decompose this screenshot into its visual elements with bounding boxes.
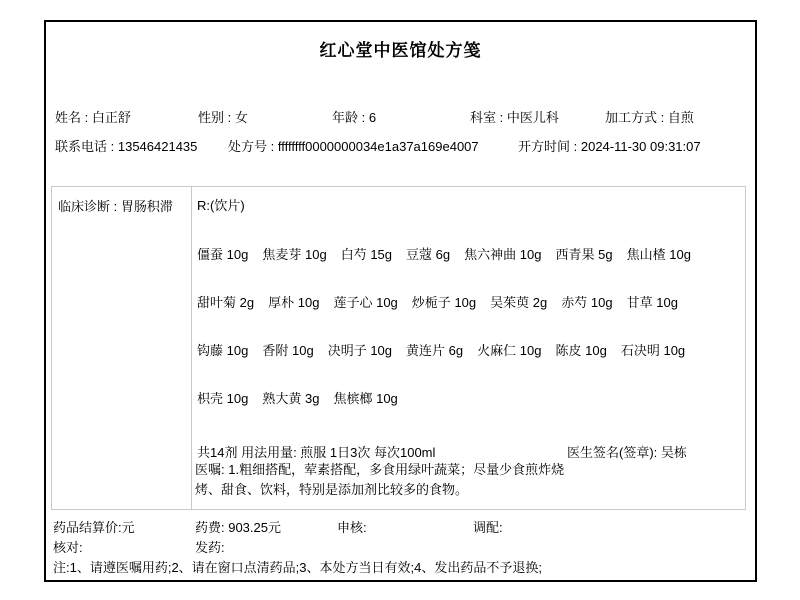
gender-value: 女 — [235, 110, 248, 125]
herb-item: 甘草 10g — [627, 295, 678, 310]
department-label: 科室 — [470, 110, 496, 125]
herb-item: 西青果 5g — [555, 247, 612, 262]
herb-name: 吴茱萸 — [490, 295, 529, 310]
label-separator: : — [224, 110, 235, 125]
herb-name: 陈皮 — [555, 343, 581, 358]
prescription-table: 临床诊断 : 胃肠积滞 R:(饮片) 共14剂 用法用量: 煎服 1日3次 每次… — [51, 186, 746, 510]
herb-item: 火麻仁 10g — [477, 343, 541, 358]
herb-name: 焦六神曲 — [464, 247, 516, 262]
herb-name: 豆蔻 — [406, 247, 432, 262]
patient-name-value: 白正舒 — [92, 110, 131, 125]
herb-dose: 10g — [669, 247, 691, 262]
prescription-number-value: ffffffff0000000034e1a37a169e4007 — [278, 139, 479, 154]
herb-line: 枳壳 10g熟大黄 3g焦槟榔 10g — [197, 388, 412, 407]
herb-name: 焦麦芽 — [262, 247, 301, 262]
field-prescription-number: 处方号 : ffffffff0000000034e1a37a169e4007 — [228, 136, 479, 155]
herb-line: 甜叶菊 2g厚朴 10g莲子心 10g炒栀子 10g吴茱萸 2g赤芍 10g甘草… — [197, 292, 692, 311]
herb-name: 焦山楂 — [627, 247, 666, 262]
field-age: 年龄 : 6 — [332, 107, 376, 126]
herb-name: 甘草 — [627, 295, 653, 310]
herb-dose: 10g — [520, 343, 542, 358]
age-value: 6 — [369, 110, 376, 125]
herb-dose: 10g — [376, 391, 398, 406]
herb-item: 焦麦芽 10g — [262, 247, 326, 262]
herb-dose: 10g — [227, 247, 249, 262]
herb-name: 白芍 — [341, 247, 367, 262]
herb-dose: 10g — [454, 295, 476, 310]
footer-medicine-fee: 药费: 903.25元 — [195, 517, 281, 536]
patient-name-label: 姓名 — [55, 110, 81, 125]
herb-dose: 10g — [656, 295, 678, 310]
herb-item: 黄连片 6g — [406, 343, 463, 358]
footer-review: 申核: — [337, 517, 367, 536]
prescription-number-label: 处方号 — [228, 139, 267, 154]
field-department: 科室 : 中医儿科 — [470, 107, 559, 126]
age-label: 年龄 — [332, 110, 358, 125]
herb-item: 枳壳 10g — [197, 391, 248, 406]
herb-item: 香附 10g — [262, 343, 313, 358]
herb-item: 钩藤 10g — [197, 343, 248, 358]
herb-dose: 2g — [533, 295, 547, 310]
herb-item: 焦六神曲 10g — [464, 247, 541, 262]
processing-method-value: 自煎 — [668, 110, 694, 125]
footer-check: 核对: — [53, 537, 83, 556]
herb-item: 决明子 10g — [328, 343, 392, 358]
herb-item: 陈皮 10g — [555, 343, 606, 358]
herb-dose: 10g — [370, 343, 392, 358]
label-separator: : — [81, 110, 92, 125]
herb-item: 莲子心 10g — [333, 295, 397, 310]
label-separator: : — [657, 110, 668, 125]
herb-name: 火麻仁 — [477, 343, 516, 358]
herb-item: 甜叶菊 2g — [197, 295, 254, 310]
herb-name: 厚朴 — [268, 295, 294, 310]
herb-item: 焦槟榔 10g — [333, 391, 397, 406]
herb-name: 西青果 — [555, 247, 594, 262]
rx-header: R:(饮片) — [197, 195, 245, 214]
herb-dose: 10g — [227, 391, 249, 406]
gender-label: 性别 — [198, 110, 224, 125]
herb-dose: 10g — [585, 343, 607, 358]
herb-name: 甜叶菊 — [197, 295, 236, 310]
herb-dose: 3g — [305, 391, 319, 406]
herb-line: 钩藤 10g香附 10g决明子 10g黄连片 6g火麻仁 10g陈皮 10g石决… — [197, 340, 699, 359]
prescription-cell: R:(饮片) 共14剂 用法用量: 煎服 1日3次 每次100ml 医生签名(签… — [192, 187, 745, 509]
herb-name: 钩藤 — [197, 343, 223, 358]
herb-dose: 10g — [298, 295, 320, 310]
field-contact-phone: 联系电话 : 13546421435 — [55, 136, 197, 155]
herb-name: 僵蚕 — [197, 247, 223, 262]
herb-dose: 10g — [520, 247, 542, 262]
processing-method-label: 加工方式 — [605, 110, 657, 125]
herb-dose: 10g — [376, 295, 398, 310]
herb-dose: 5g — [598, 247, 612, 262]
field-processing-method: 加工方式 : 自煎 — [605, 107, 694, 126]
label-separator: : — [267, 139, 278, 154]
herb-name: 熟大黄 — [262, 391, 301, 406]
prescribing-time-label: 开方时间 — [518, 139, 570, 154]
footer-dispense: 发药: — [195, 537, 225, 556]
diagnosis-cell: 临床诊断 : 胃肠积滞 — [52, 187, 192, 509]
herb-name: 香附 — [262, 343, 288, 358]
label-separator: : — [570, 139, 581, 154]
contact-phone-label: 联系电话 — [55, 139, 107, 154]
document-title: 红心堂中医馆处方笺 — [44, 36, 757, 61]
herb-name: 枳壳 — [197, 391, 223, 406]
herb-line: 僵蚕 10g焦麦芽 10g白芍 15g豆蔻 6g焦六神曲 10g西青果 5g焦山… — [197, 244, 705, 263]
herb-dose: 10g — [305, 247, 327, 262]
herb-name: 黄连片 — [406, 343, 445, 358]
herb-dose: 2g — [240, 295, 254, 310]
herb-dose: 15g — [370, 247, 392, 262]
herb-name: 炒栀子 — [412, 295, 451, 310]
herb-name: 石决明 — [621, 343, 660, 358]
label-separator: : — [110, 199, 121, 214]
herb-item: 白芍 15g — [341, 247, 392, 262]
herb-item: 炒栀子 10g — [412, 295, 476, 310]
herb-dose: 10g — [591, 295, 613, 310]
herb-dose: 6g — [436, 247, 450, 262]
prescribing-time-value: 2024-11-30 09:31:07 — [581, 139, 701, 154]
herb-item: 吴茱萸 2g — [490, 295, 547, 310]
herb-name: 决明子 — [328, 343, 367, 358]
footer-settlement-price: 药品结算价:元 — [53, 517, 135, 536]
herb-name: 莲子心 — [333, 295, 372, 310]
footer-compound: 调配: — [473, 517, 503, 536]
herb-item: 焦山楂 10g — [627, 247, 691, 262]
herb-item: 石决明 10g — [621, 343, 685, 358]
herb-dose: 10g — [663, 343, 685, 358]
herb-item: 熟大黄 3g — [262, 391, 319, 406]
label-separator: : — [107, 139, 118, 154]
field-gender: 性别 : 女 — [198, 107, 248, 126]
footer-note: 注:1、请遵医嘱用药;2、请在窗口点清药品;3、本处方当日有效;4、发出药品不予… — [53, 557, 542, 576]
diagnosis-value: 胃肠积滞 — [121, 199, 173, 214]
label-separator: : — [496, 110, 507, 125]
herb-item: 僵蚕 10g — [197, 247, 248, 262]
diagnosis-label: 临床诊断 — [58, 199, 110, 214]
herb-dose: 10g — [227, 343, 249, 358]
herb-item: 厚朴 10g — [268, 295, 319, 310]
herb-item: 赤芍 10g — [561, 295, 612, 310]
usage-line: 共14剂 用法用量: 煎服 1日3次 每次100ml — [197, 442, 435, 461]
field-patient-name: 姓名 : 白正舒 — [55, 107, 131, 126]
herb-dose: 6g — [449, 343, 463, 358]
field-prescribing-time: 开方时间 : 2024-11-30 09:31:07 — [518, 136, 701, 155]
herb-name: 赤芍 — [561, 295, 587, 310]
contact-phone-value: 13546421435 — [118, 139, 198, 154]
herb-item: 豆蔻 6g — [406, 247, 450, 262]
label-separator: : — [358, 110, 369, 125]
medical-advice: 医嘱: 1.粗细搭配，荤素搭配，多食用绿叶蔬菜；尽量少食煎炸烧烤、甜食、饮料，特… — [195, 460, 583, 500]
prescription-page: 红心堂中医馆处方笺 姓名 : 白正舒 性别 : 女 年龄 : 6 科室 : 中医… — [0, 0, 800, 600]
department-value: 中医儿科 — [507, 110, 559, 125]
herb-name: 焦槟榔 — [333, 391, 372, 406]
herb-dose: 10g — [292, 343, 314, 358]
doctor-signature: 医生签名(签章): 吴栋 — [567, 442, 687, 461]
